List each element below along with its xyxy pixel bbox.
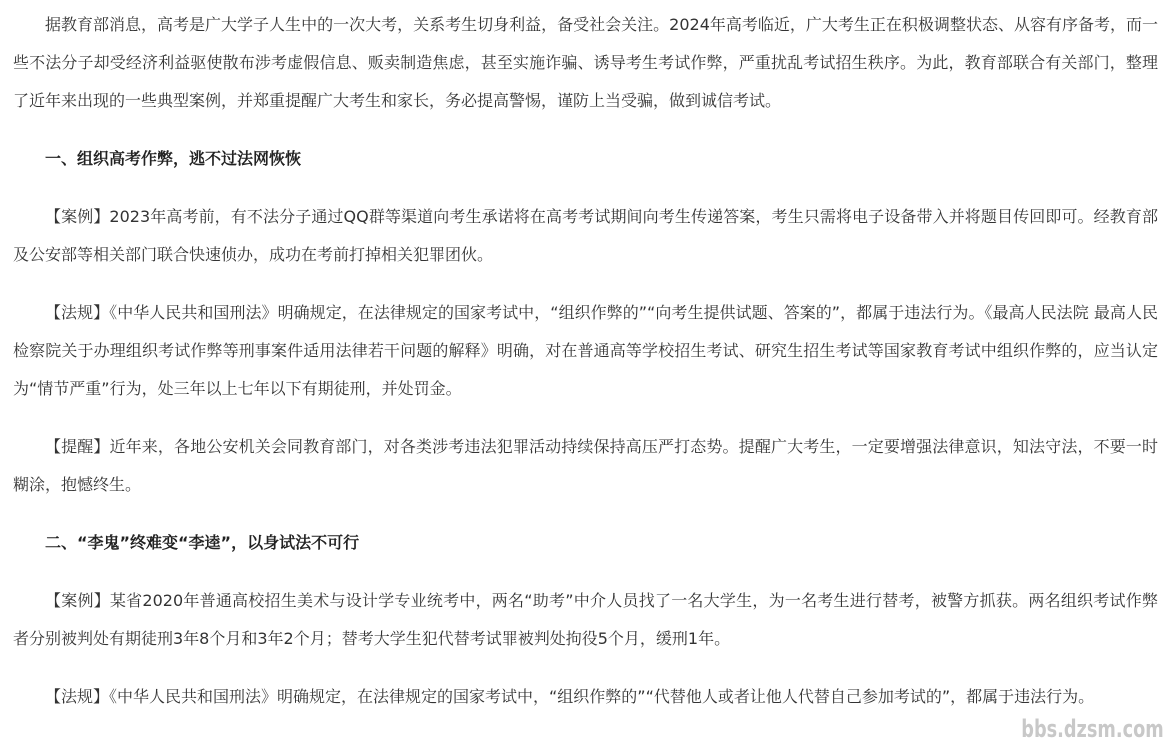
article-body: 据教育部消息，高考是广大学子人生中的一次大考，关系考生切身利益，备受社会关注。2…	[13, 0, 1158, 716]
section-1-law: 【法规】《中华人民共和国刑法》明确规定，在法律规定的国家考试中，“组织作弊的”“…	[13, 294, 1158, 408]
section-2-case: 【案例】某省2020年普通高校招生美术与设计学专业统考中，两名“助考”中介人员找…	[13, 582, 1158, 658]
section-2-heading: 二、“李鬼”终难变“李逵”，以身试法不可行	[13, 524, 1158, 562]
site-watermark: bbs.dzsm.com	[1022, 715, 1164, 743]
section-1-heading: 一、组织高考作弊，逃不过法网恢恢	[13, 140, 1158, 178]
intro-paragraph: 据教育部消息，高考是广大学子人生中的一次大考，关系考生切身利益，备受社会关注。2…	[13, 6, 1158, 120]
section-1-case: 【案例】2023年高考前，有不法分子通过QQ群等渠道向考生承诺将在高考考试期间向…	[13, 198, 1158, 274]
section-2-law: 【法规】《中华人民共和国刑法》明确规定，在法律规定的国家考试中，“组织作弊的”“…	[13, 678, 1158, 716]
section-1-reminder: 【提醒】近年来，各地公安机关会同教育部门，对各类涉考违法犯罪活动持续保持高压严打…	[13, 428, 1158, 504]
